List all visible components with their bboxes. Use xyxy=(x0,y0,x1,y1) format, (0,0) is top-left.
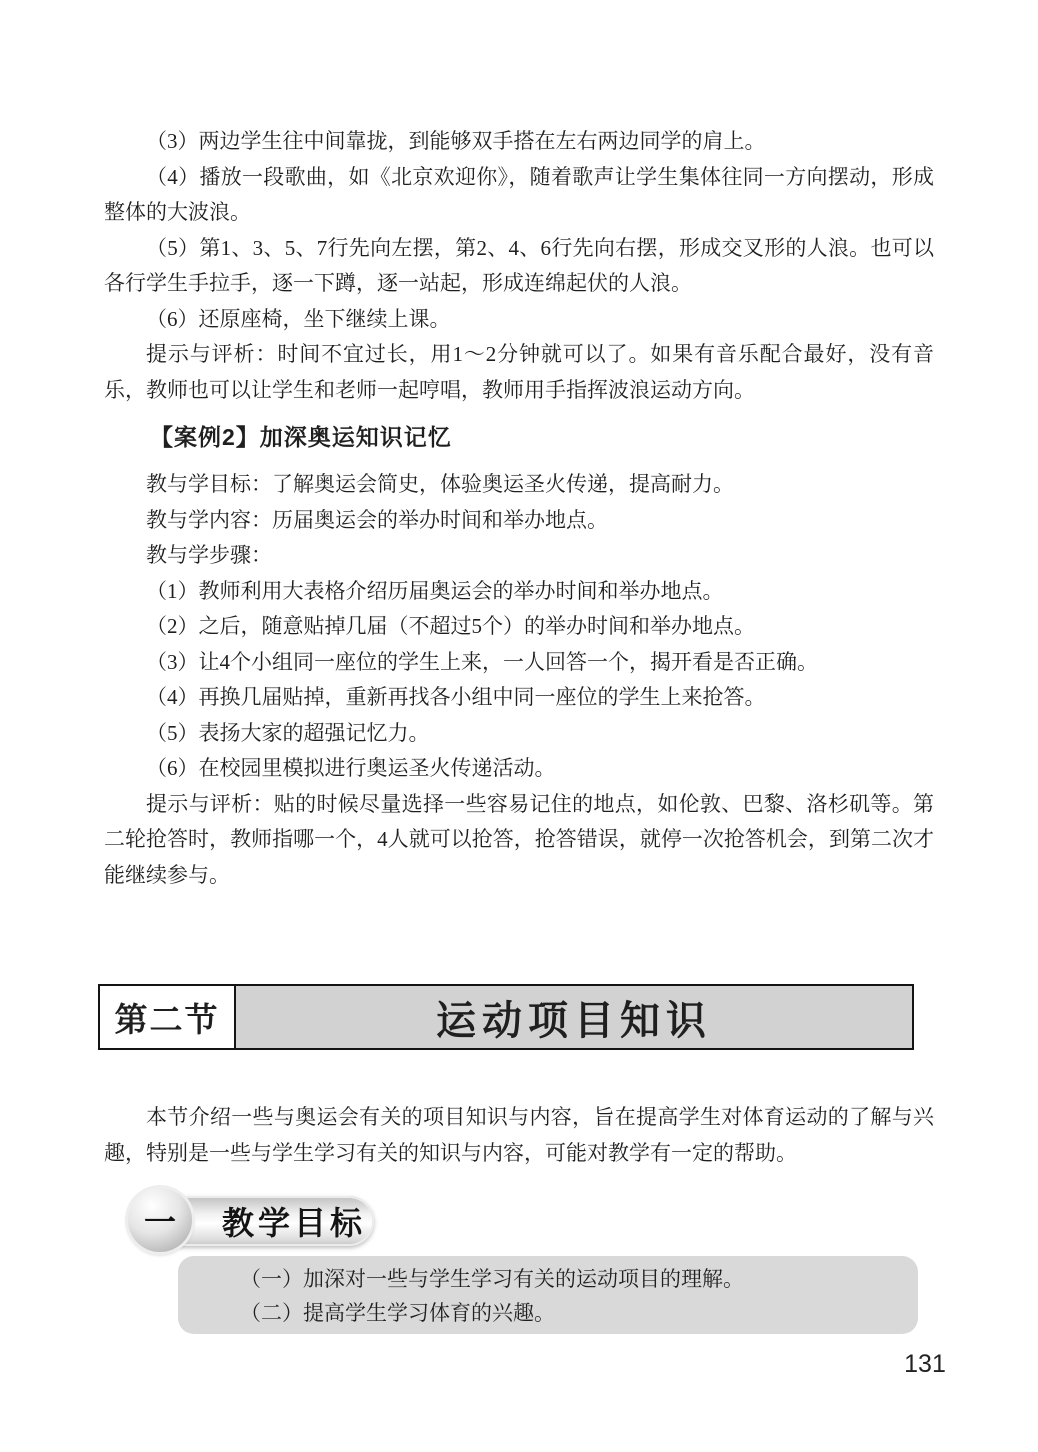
body-paragraph: （1）教师利用大表格介绍历届奥运会的举办时间和举办地点。 xyxy=(104,574,934,610)
body-paragraph: （4）播放一段歌曲，如《北京欢迎你》，随着歌声让学生集体往同一方向摆动，形成整体… xyxy=(104,160,934,231)
section-intro-block: 本节介绍一些与奥运会有关的项目知识与内容，旨在提高学生对体育运动的了解与兴趣，特… xyxy=(104,1100,934,1171)
section-title: 运动项目知识 xyxy=(236,986,912,1048)
body-paragraph: 教与学内容：历届奥运会的举办时间和举办地点。 xyxy=(104,503,934,539)
book-page: （3）两边学生往中间靠拢，到能够双手搭在左右两边同学的肩上。 （4）播放一段歌曲… xyxy=(0,0,1038,1452)
objective-item: （二）提高学生学习体育的兴趣。 xyxy=(240,1296,898,1330)
badge-number-circle: 一 xyxy=(128,1188,192,1252)
page-number: 131 xyxy=(890,1350,960,1379)
body-paragraph: 教与学步骤： xyxy=(104,538,934,574)
objective-item: （一）加深对一些与学生学习有关的运动项目的理解。 xyxy=(240,1262,898,1296)
section-label: 第二节 xyxy=(100,986,236,1048)
body-paragraph: （2）之后，随意贴掉几届（不超过5个）的举办时间和举办地点。 xyxy=(104,609,934,645)
body-paragraph: 教与学目标：了解奥运会简史，体验奥运圣火传递，提高耐力。 xyxy=(104,467,934,503)
badge-number: 一 xyxy=(144,1197,176,1243)
body-text-block: （3）两边学生往中间靠拢，到能够双手搭在左右两边同学的肩上。 （4）播放一段歌曲… xyxy=(104,124,934,893)
objectives-box: （一）加深对一些与学生学习有关的运动项目的理解。 （二）提高学生学习体育的兴趣。 xyxy=(178,1256,918,1334)
section-banner: 第二节 运动项目知识 xyxy=(98,984,914,1050)
body-paragraph: （3）让4个小组同一座位的学生上来，一人回答一个，揭开看是否正确。 xyxy=(104,645,934,681)
objectives-badge: 教学目标 一 xyxy=(128,1188,374,1256)
badge-pill: 教学目标 xyxy=(160,1196,374,1246)
body-paragraph: （3）两边学生往中间靠拢，到能够双手搭在左右两边同学的肩上。 xyxy=(104,124,934,160)
body-paragraph: （5）表扬大家的超强记忆力。 xyxy=(104,716,934,752)
case2-heading: 【案例2】加深奥运知识记忆 xyxy=(104,420,934,455)
body-paragraph: （6）在校园里模拟进行奥运圣火传递活动。 xyxy=(104,751,934,787)
body-paragraph: 提示与评析：贴的时候尽量选择一些容易记住的地点，如伦敦、巴黎、洛杉矶等。第二轮抢… xyxy=(104,787,934,894)
badge-title: 教学目标 xyxy=(222,1198,366,1244)
body-paragraph: （4）再换几届贴掉，重新再找各小组中同一座位的学生上来抢答。 xyxy=(104,680,934,716)
body-paragraph: 提示与评析：时间不宜过长，用1～2分钟就可以了。如果有音乐配合最好，没有音乐，教… xyxy=(104,337,934,408)
intro-paragraph: 本节介绍一些与奥运会有关的项目知识与内容，旨在提高学生对体育运动的了解与兴趣，特… xyxy=(104,1100,934,1171)
body-paragraph: （5）第1、3、5、7行先向左摆，第2、4、6行先向右摆，形成交叉形的人浪。也可… xyxy=(104,231,934,302)
body-paragraph: （6）还原座椅，坐下继续上课。 xyxy=(104,302,934,338)
